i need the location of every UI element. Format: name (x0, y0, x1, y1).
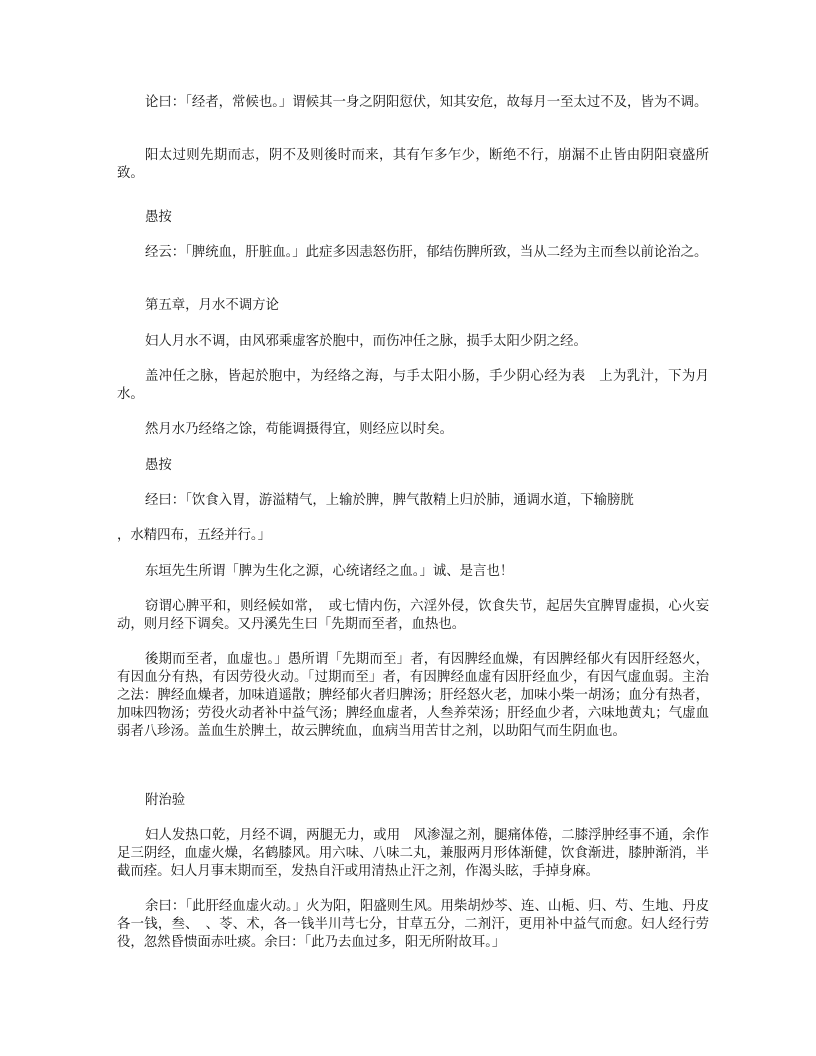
paragraph-treatment-methods: 後期而至者，血虚也。」愚所谓「先期而至」者，有因脾经血燥，有因脾经郁火有因肝经怒… (117, 651, 709, 741)
heading-case-records: 附治验 (117, 792, 709, 810)
paragraph-qie-wei: 窃谓心脾平和，则经候如常， 或七情内伤，六淫外侵，饮食失节，起居失宜脾胃虚损，心… (117, 598, 709, 634)
heading-yu-an-1: 愚按 (117, 209, 709, 227)
heading-yu-an-2: 愚按 (117, 457, 709, 475)
paragraph-case-2: 余曰：「此肝经血虚火动。」火为阳，阳盛则生风。用柴胡炒芩、连、山栀、归、芍、生地… (117, 898, 709, 952)
paragraph-menses-surplus: 然月水乃经络之馀，苟能调摄得宜，则经应以时矣。 (117, 421, 709, 439)
paragraph-menses-irregular: 妇人月水不调，由风邪乘虚客於胞中，而伤冲任之脉，损手太阳少阴之经。 (117, 333, 709, 351)
paragraph-chong-ren: 盖冲任之脉，皆起於胞中，为经络之海，与手太阳小肠，手少阴心经为表 上为乳汁，下为… (117, 368, 709, 404)
paragraph-jing-yue-continued: ，水精四布，五经并行。」 (117, 527, 709, 545)
paragraph-yang-excess: 阳太过则先期而志，阴不及则後时而来，其有乍多乍少，断绝不行，崩漏不止皆由阴阳衰盛… (117, 147, 709, 183)
paragraph-jing-yue: 经曰：「饮食入胃，游溢精气，上输於脾，脾气散精上归於肺，通调水道，下输膀胱 (117, 492, 709, 510)
paragraph-intro-lun: 论曰：「经者，常候也。」谓候其一身之阴阳愆伏，知其安危，故每月一至太过不及，皆为… (117, 94, 709, 112)
paragraph-dongyuan: 东垣先生所谓「脾为生化之源，心统诸经之血。」诚、是言也！ (117, 563, 709, 581)
paragraph-case-1: 妇人发热口乾，月经不调，两腿无力，或用 风渗湿之剂，腿痛体倦，二膝浮肿经事不通，… (117, 827, 709, 881)
chapter-heading-5: 第五章，月水不调方论 (117, 297, 709, 315)
paragraph-jing-yun: 经云：「脾统血，肝脏血。」此症多因恚怒伤肝，郁结伤脾所致，当从二经为主而叁以前论… (117, 244, 709, 262)
